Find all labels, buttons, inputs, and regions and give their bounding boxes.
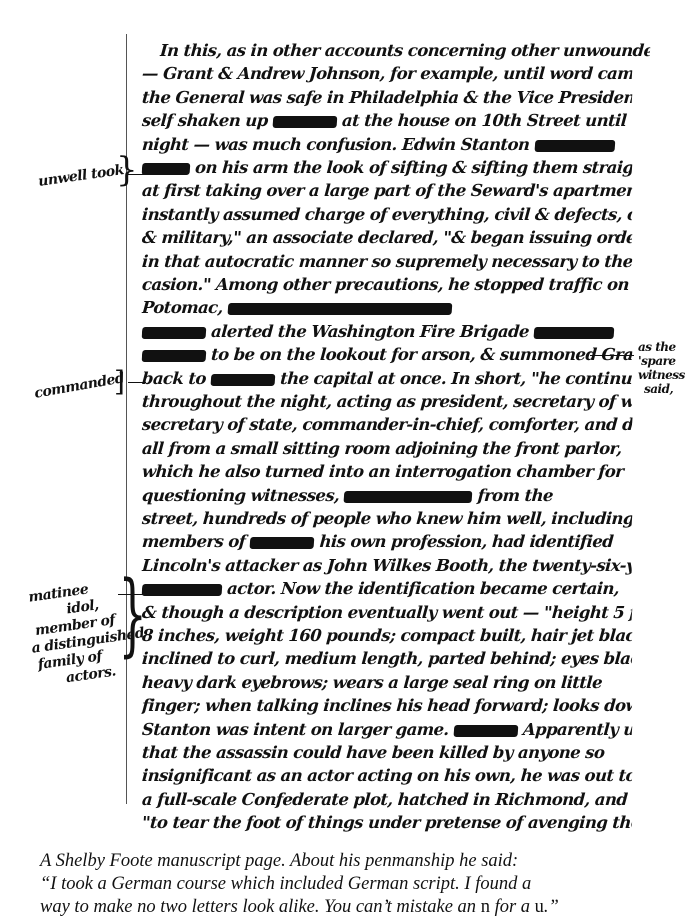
redaction-strikeout <box>142 163 191 175</box>
margin-note-right-1: as the 'spare witness said, <box>638 340 685 396</box>
redaction-strikeout <box>344 490 473 502</box>
redaction-strikeout <box>453 724 518 736</box>
manuscript-line: insignificant as an actor acting on his … <box>141 763 633 789</box>
connector-line <box>128 382 146 383</box>
manuscript-line: & military," an associate declared, "& b… <box>141 225 633 251</box>
connector-line <box>590 355 634 356</box>
caption-line-2: “I took a German course which included G… <box>40 873 680 896</box>
manuscript-line: back to the capital at once. In short, "… <box>141 366 633 392</box>
manuscript-line: self shaken up at the house on 10th Stre… <box>141 108 633 134</box>
manuscript-line: the General was safe in Philadelphia & t… <box>141 85 633 111</box>
manuscript-line: secretary of state, commander-in-chief, … <box>141 412 633 438</box>
connector-line <box>128 174 148 175</box>
margin-brace: } <box>116 150 138 190</box>
figure-caption: A Shelby Foote manuscript page. About hi… <box>40 850 680 919</box>
manuscript-line: in that autocratic manner so supremely n… <box>141 249 633 275</box>
margin-brace: ] <box>114 365 125 398</box>
manuscript-line: & though a description eventually went o… <box>141 600 633 626</box>
arrow-line <box>118 594 148 595</box>
redaction-strikeout <box>211 373 276 385</box>
manuscript-line: a full-scale Confederate plot, hatched i… <box>141 787 633 813</box>
manuscript-line: questioning witnesses, from the <box>141 483 633 509</box>
letter-u: u <box>535 897 544 917</box>
letter-n: n <box>481 897 490 917</box>
manuscript-line: which he also turned into an interrogati… <box>141 459 633 485</box>
manuscript-line: "to tear the foot of things under preten… <box>141 810 633 836</box>
manuscript-line: Stanton was intent on larger game. Appar… <box>141 717 633 743</box>
manuscript-line: at first taking over a large part of the… <box>141 178 633 204</box>
margin-note-left-2: commanded <box>33 370 125 402</box>
manuscript-line: night — was much confusion. Edwin Stanto… <box>141 132 633 158</box>
margin-brace: } <box>118 570 147 660</box>
manuscript-line: finger; when talking inclines his head f… <box>141 693 633 719</box>
manuscript-line: all from a small sitting room adjoining … <box>141 436 633 462</box>
manuscript-line: alerted the Washington Fire Brigade <box>141 319 633 345</box>
manuscript-line: inclined to curl, medium length, parted … <box>141 646 633 672</box>
redaction-strikeout <box>272 116 337 128</box>
redaction-strikeout <box>142 584 223 596</box>
manuscript-line: to be on the lookout for arson, & summon… <box>141 342 633 368</box>
caption-line-1: A Shelby Foote manuscript page. About hi… <box>40 850 680 873</box>
redaction-strikeout <box>250 537 315 549</box>
redaction-strikeout <box>227 303 452 315</box>
manuscript-line: Potomac, <box>141 295 633 321</box>
caption-line-3: way to make no two letters look alike. Y… <box>40 896 680 919</box>
manuscript-line: heavy dark eyebrows; wears a large seal … <box>141 670 633 696</box>
manuscript-line: — Grant & Andrew Johnson, for example, u… <box>141 61 633 87</box>
redaction-strikeout <box>534 326 615 338</box>
redaction-strikeout <box>142 350 207 362</box>
manuscript-line: Lincoln's attacker as John Wilkes Booth,… <box>141 553 633 579</box>
manuscript-line: instantly assumed charge of everything, … <box>141 202 633 228</box>
redaction-strikeout <box>142 326 207 338</box>
manuscript-page: In this, as in other accounts concerning… <box>0 0 700 840</box>
margin-note-left-1: unwell took <box>37 162 125 191</box>
manuscript-line: members of his own profession, had ident… <box>141 529 633 555</box>
manuscript-line: actor. Now the identification became cer… <box>141 576 633 602</box>
redaction-strikeout <box>534 139 615 151</box>
